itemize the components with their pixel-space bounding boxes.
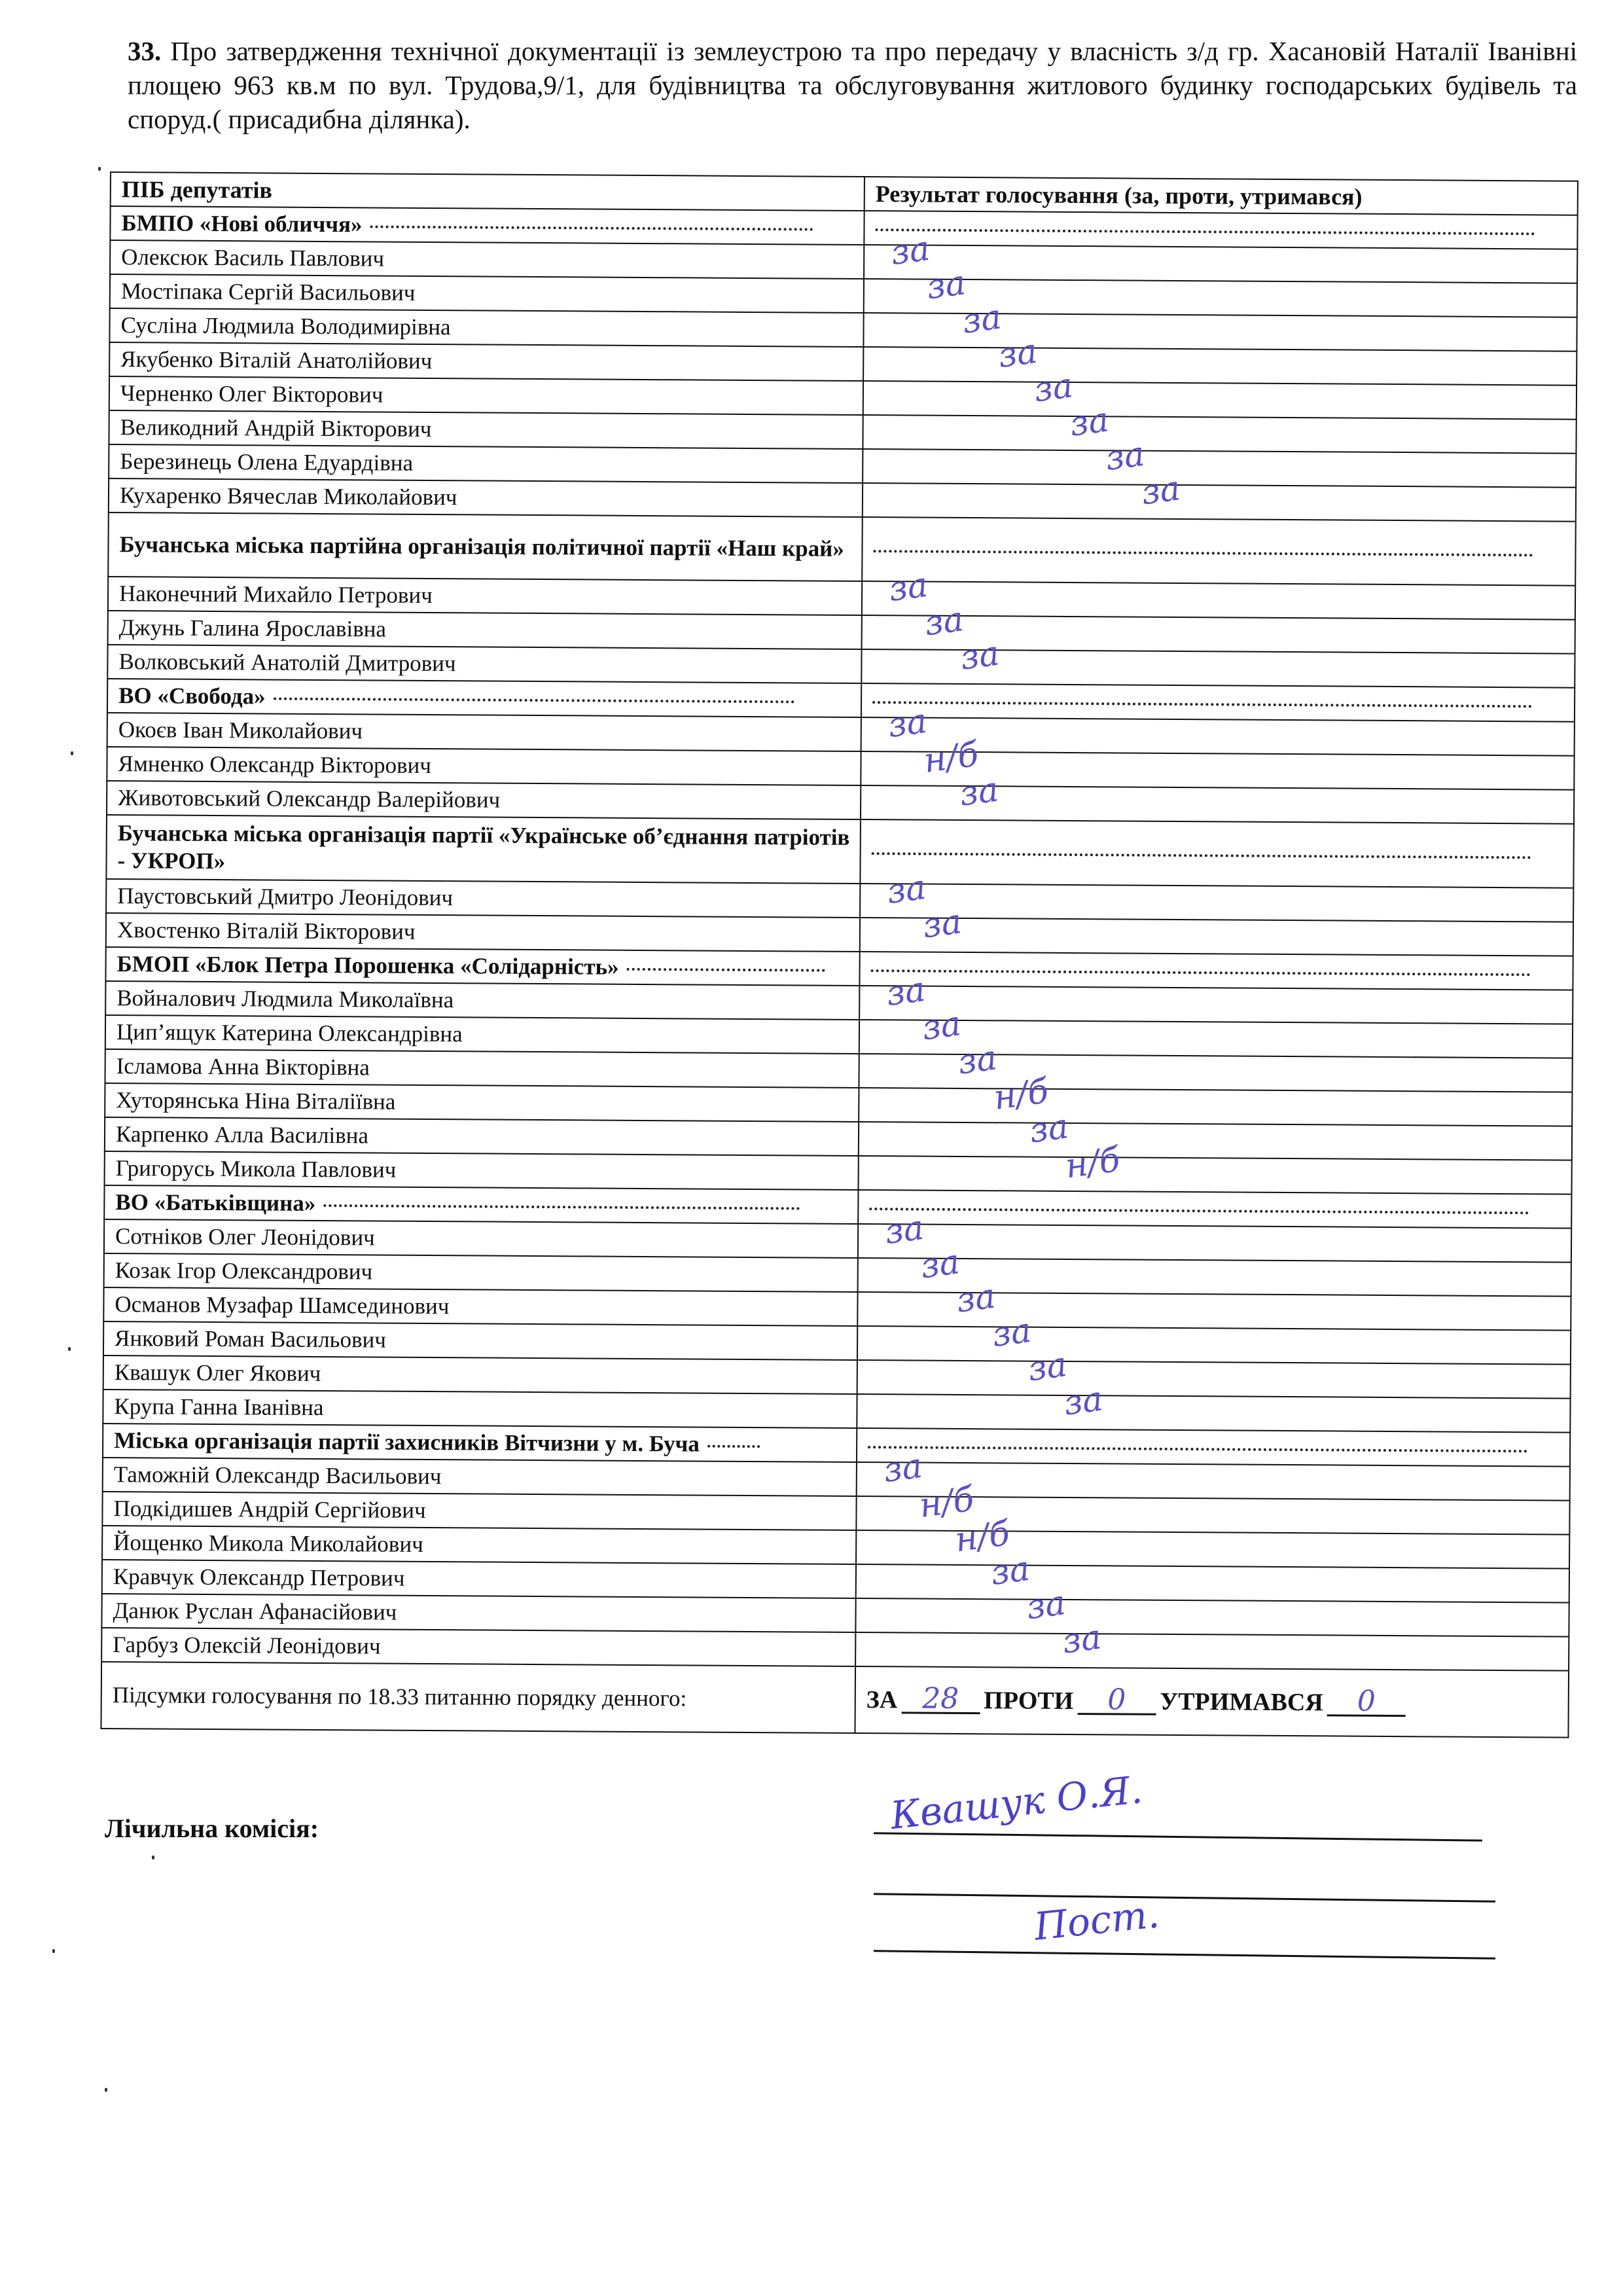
deputy-vote-cell: за (863, 415, 1576, 454)
signature-line (874, 1950, 1495, 1960)
deputy-name: Паустовський Дмитро Леонідович (106, 879, 860, 918)
deputy-vote-cell: за (861, 785, 1574, 824)
party-name-cell: Бучанська міська партійна організація по… (108, 512, 863, 581)
deputy-vote-cell: за (860, 918, 1573, 956)
deputy-vote-cell: за (859, 1054, 1572, 1092)
party-name-cell: БМОП «Блок Петра Порошенка «Солідарність… (105, 947, 859, 986)
dotted-filler (869, 1208, 1529, 1214)
deputy-vote-cell: за (863, 483, 1576, 522)
voting-table: ПІБ депутатів Результат голосування (за,… (100, 171, 1578, 1738)
deputy-vote-cell: за (859, 1020, 1573, 1058)
dotted-filler (872, 701, 1532, 708)
party-result-cell (857, 1428, 1570, 1467)
deputy-name: Хвостенко Віталій Вікторович (106, 913, 860, 952)
deputy-vote-cell: за (864, 245, 1577, 283)
party-name: БМОП «Блок Петра Порошенка «Солідарність… (116, 951, 618, 980)
deputy-vote-cell: н/б (856, 1530, 1569, 1569)
scan-artifact (105, 2088, 107, 2092)
col-header-result: Результат голосування (за, проти, утрима… (865, 177, 1578, 215)
deputy-name: Сотніков Олег Леонідович (104, 1219, 858, 1258)
deputy-vote-cell: за (861, 649, 1575, 688)
party-result-cell (861, 683, 1575, 722)
deputy-vote-cell: н/б (856, 1496, 1569, 1535)
deputy-vote-cell: за (859, 986, 1573, 1024)
scan-artifact (98, 167, 101, 171)
deputy-name: Джунь Галина Ярославівна (108, 611, 862, 649)
deputy-vote-cell: за (863, 313, 1577, 351)
deputy-name: Гарбуз Олексій Леонідович (101, 1628, 855, 1666)
deputy-vote-cell: за (861, 717, 1575, 756)
party-name-cell: ВО «Батьківщина» (104, 1185, 858, 1224)
party-result-cell (864, 211, 1577, 249)
agenda-item-text: Про затвердження технічної документації … (128, 36, 1577, 134)
party-result-cell (859, 952, 1573, 990)
deputy-name: Сусліна Людмила Володимирівна (109, 308, 863, 347)
scan-artifact (152, 1856, 154, 1859)
signature-line (874, 1832, 1482, 1841)
deputy-name: Янковий Роман Васильович (103, 1321, 857, 1360)
deputy-name: Ісламова Анна Вікторівна (105, 1049, 859, 1088)
deputy-vote-cell: н/б (861, 751, 1574, 790)
party-name-cell: ВО «Свобода» (107, 679, 861, 717)
deputy-name: Карпенко Алла Василівна (105, 1117, 859, 1156)
deputy-vote-cell: за (863, 347, 1577, 386)
for-label: ЗА (866, 1686, 898, 1713)
scan-artifact (71, 751, 73, 755)
deputy-vote-cell: за (857, 1326, 1571, 1365)
deputy-vote-cell: за (857, 1292, 1571, 1331)
deputy-name: Кухаренко Вячеслав Миколайович (109, 478, 863, 517)
deputy-name: Олексюк Василь Павлович (110, 240, 864, 279)
deputy-vote-cell: за (860, 884, 1573, 922)
dotted-filler (370, 225, 813, 230)
deputy-name: Григорусь Микола Павлович (105, 1151, 859, 1190)
deputy-vote-cell: н/б (859, 1156, 1572, 1194)
deputy-vote-cell: за (857, 1394, 1570, 1433)
party-result-cell (858, 1190, 1571, 1229)
deputy-vote-cell: н/б (859, 1088, 1572, 1126)
dotted-filler (872, 852, 1531, 859)
deputy-vote-cell: за (857, 1360, 1571, 1399)
deputy-name: Таможній Олександр Васильович (103, 1458, 857, 1496)
deputy-name: Козак Ігор Олександрович (104, 1253, 858, 1292)
deputy-vote-cell: за (859, 1122, 1572, 1160)
deputy-name: Волковський Анатолій Дмитрович (107, 645, 861, 683)
party-name: БМПО «Нові обличчя» (121, 210, 362, 237)
party-name: ВО «Батьківщина» (115, 1189, 315, 1216)
deputy-name: Мостіпака Сергій Васильович (110, 274, 864, 313)
agenda-item-number: 33. (128, 36, 161, 66)
party-group-row: Бучанська міська партійна організація по… (108, 512, 1576, 586)
deputy-name: Черненко Олег Вікторович (109, 376, 863, 415)
deputy-name: Якубенко Віталій Анатолійович (109, 342, 863, 381)
deputy-name: Великодний Андрій Вікторович (109, 410, 863, 449)
deputy-name: Наконечний Михайло Петрович (108, 577, 862, 615)
col-header-deputies: ПІБ депутатів (111, 172, 865, 211)
signature-1: Квашук О.Я. (889, 1767, 1145, 1838)
deputy-name: Квашук Олег Якович (103, 1355, 857, 1394)
party-result-cell (862, 517, 1576, 586)
deputy-vote-cell: за (857, 1462, 1570, 1501)
deputy-name: Крупа Ганна Іванівна (103, 1390, 857, 1428)
agenda-item-heading: 33. Про затвердження технічної документа… (128, 34, 1577, 136)
deputy-name: Данюк Руслан Афанасійович (101, 1594, 855, 1632)
for-count: 28 (901, 1685, 980, 1714)
party-name: Бучанська міська організація партії «Укр… (117, 820, 849, 874)
deputy-name: Йощенко Микола Миколайович (102, 1526, 856, 1564)
dotted-filler (274, 698, 794, 704)
party-name: Міська організація партії захисників Віт… (114, 1427, 700, 1456)
party-group-row: Бучанська міська організація партії «Укр… (106, 815, 1574, 888)
scan-artifact (52, 1949, 55, 1953)
party-name-cell: БМПО «Нові обличчя» (110, 206, 864, 245)
deputy-name: Войналович Людмила Миколаївна (105, 981, 859, 1020)
deputy-vote-cell: за (862, 581, 1575, 620)
against-label: ПРОТИ (984, 1687, 1073, 1715)
party-name-cell: Міська організація партії захисників Віт… (103, 1424, 857, 1462)
deputy-vote-cell: за (858, 1258, 1571, 1297)
party-name: ВО «Свобода» (118, 683, 266, 709)
dotted-filler (627, 968, 825, 972)
dotted-filler (871, 969, 1531, 976)
against-count: 0 (1077, 1687, 1156, 1715)
deputy-name: Животовський Олександр Валерійович (107, 781, 861, 819)
abstain-count: 0 (1327, 1688, 1406, 1717)
deputy-vote-cell: за (855, 1632, 1569, 1671)
abstain-label: УТРИМАВСЯ (1160, 1688, 1323, 1717)
party-name: Бучанська міська партійна організація по… (119, 531, 844, 562)
dotted-filler (875, 228, 1535, 235)
deputy-name: Подкідишев Андрій Сергійович (102, 1492, 856, 1530)
deputy-name: Кравчук Олександр Петрович (102, 1560, 856, 1598)
deputy-vote-cell: за (863, 449, 1576, 488)
signature-line (874, 1893, 1495, 1903)
deputy-vote-cell: за (855, 1598, 1569, 1637)
deputy-vote-cell: за (863, 381, 1577, 420)
summary-label: Підсумки голосування по 18.33 питанню по… (101, 1662, 855, 1733)
deputy-name: Березинець Олена Едуардівна (109, 444, 863, 483)
deputy-vote-cell: за (856, 1564, 1569, 1603)
deputy-vote-cell: за (862, 615, 1575, 654)
scan-artifact (68, 1347, 71, 1351)
counting-commission-label: Лічильна комісія: (105, 1813, 319, 1844)
party-name-cell: Бучанська міська організація партії «Укр… (106, 815, 861, 884)
dotted-filler (873, 550, 1533, 556)
deputy-vote-cell: за (858, 1224, 1571, 1263)
party-result-cell (860, 819, 1574, 888)
deputy-name: Ямненко Олександр Вікторович (107, 747, 861, 785)
signature-3: Пост. (1032, 1892, 1161, 1949)
deputy-name: Османов Музафар Шамсединович (103, 1287, 857, 1326)
deputy-name: Ципʼящук Катерина Олександрівна (105, 1015, 859, 1054)
dotted-filler (323, 1204, 800, 1210)
deputy-name: Хуторянська Ніна Віталіївна (105, 1083, 859, 1122)
deputy-vote-cell: за (864, 279, 1577, 317)
dotted-filler (868, 1446, 1527, 1452)
deputy-name: Окоєв Іван Миколайович (107, 713, 861, 751)
summary-result: ЗА28ПРОТИ0УТРИМАВСЯ0 (855, 1666, 1569, 1738)
summary-row: Підсумки голосування по 18.33 питанню по… (101, 1662, 1569, 1738)
dotted-filler (707, 1445, 760, 1448)
